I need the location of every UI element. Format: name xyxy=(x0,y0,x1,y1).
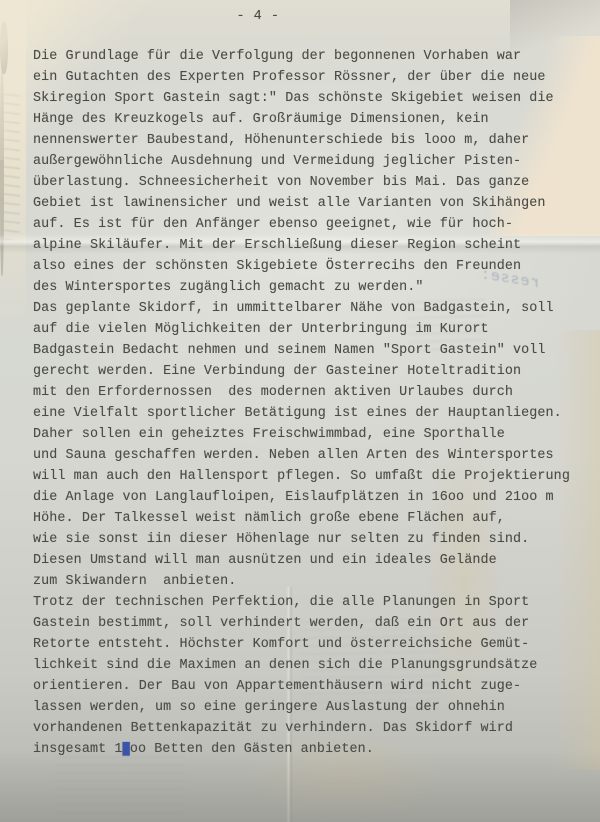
text-line: Daher sollen ein geheiztes Freischwimmba… xyxy=(33,424,589,445)
text-line: alpine Skiläufer. Mit der Erschließung d… xyxy=(33,235,589,256)
underlying-sheet-marks xyxy=(4,90,20,240)
page-number: - 4 - xyxy=(0,9,558,24)
scan-edge-shadow xyxy=(0,66,4,276)
text-line: Gebiet ist lawinensicher und weist alle … xyxy=(33,193,589,214)
text-line: orientieren. Der Bau von Appartementhäus… xyxy=(33,676,589,697)
text-line: Badgastein Bedacht nehmen und seinem Nam… xyxy=(33,340,589,361)
text-line: wie sie sonst iin dieser Höhenlage nur s… xyxy=(33,529,589,550)
text-line: Trotz der technischen Perfektion, die al… xyxy=(33,592,589,613)
text-line: Gastein bestimmt, soll verhindert werden… xyxy=(33,613,589,634)
ink-showthrough xyxy=(55,754,185,814)
text-line: will man auch den Hallensport pflegen. S… xyxy=(33,466,589,487)
corner-shading xyxy=(510,0,600,52)
text-line: auf die vielen Möglichkeiten der Unterbr… xyxy=(33,319,589,340)
text-line: Retorte entsteht. Höchster Komfort und ö… xyxy=(33,634,589,655)
document-lines: Die Grundlage für die Verfolgung der beg… xyxy=(33,46,589,760)
text-line: zum Skiwandern anbieten. xyxy=(33,571,589,592)
blue-ink-correction: █ xyxy=(123,742,130,756)
text-line: lassen werden, um so eine geringere Ausl… xyxy=(33,697,589,718)
text-line: Höhe. Der Talkessel weist nämlich große … xyxy=(33,508,589,529)
text-line: des Wintersportes zugänglich gemacht zu … xyxy=(33,277,589,298)
scanned-document-page: resse: - 4 - Die Grundlage für die Verfo… xyxy=(0,0,600,822)
text-line: ein Gutachten des Experten Professor Rös… xyxy=(33,67,589,88)
text-line: vorhandenen Bettenkapazität zu verhinder… xyxy=(33,718,589,739)
text-line: eine Vielfalt sportlicher Betätigung ist… xyxy=(33,403,589,424)
bottom-shadow xyxy=(0,750,600,822)
text-line: auf. Es ist für den Anfänger ebenso geei… xyxy=(33,214,589,235)
text-line: Skiregion Sport Gastein sagt:" Das schön… xyxy=(33,88,589,109)
text-line: nennenswerter Baubestand, Höhenunterschi… xyxy=(33,130,589,151)
text-line: Hänge des Kreuzkogels auf. Großräumige D… xyxy=(33,109,589,130)
scan-edge-shadow xyxy=(0,22,8,74)
text-line: also eines der schönsten Skigebiete Öste… xyxy=(33,256,589,277)
text-line: und Sauna geschaffen werden. Neben allen… xyxy=(33,445,589,466)
text-line: gerecht werden. Eine Verbindung der Gast… xyxy=(33,361,589,382)
text-line: lichkeit sind die Maximen an denen sich … xyxy=(33,655,589,676)
text-line: Die Grundlage für die Verfolgung der beg… xyxy=(33,46,589,67)
text-line: außergewöhnliche Ausdehnung und Vermeidu… xyxy=(33,151,589,172)
underlying-sheet-edge xyxy=(0,0,26,330)
text-line: überlastung. Schneesicherheit von Novemb… xyxy=(33,172,589,193)
text-line: Das geplante Skidorf, in ummittelbarer N… xyxy=(33,298,589,319)
text-line: mit den Erfordernossen des modernen akti… xyxy=(33,382,589,403)
text-line: die Anlage von Langlaufloipen, Eislaufpl… xyxy=(33,487,589,508)
text-line: insgesamt 1█oo Betten den Gästen anbiete… xyxy=(33,739,589,760)
text-line: Diesen Umstand will man ausnützen und ei… xyxy=(33,550,589,571)
